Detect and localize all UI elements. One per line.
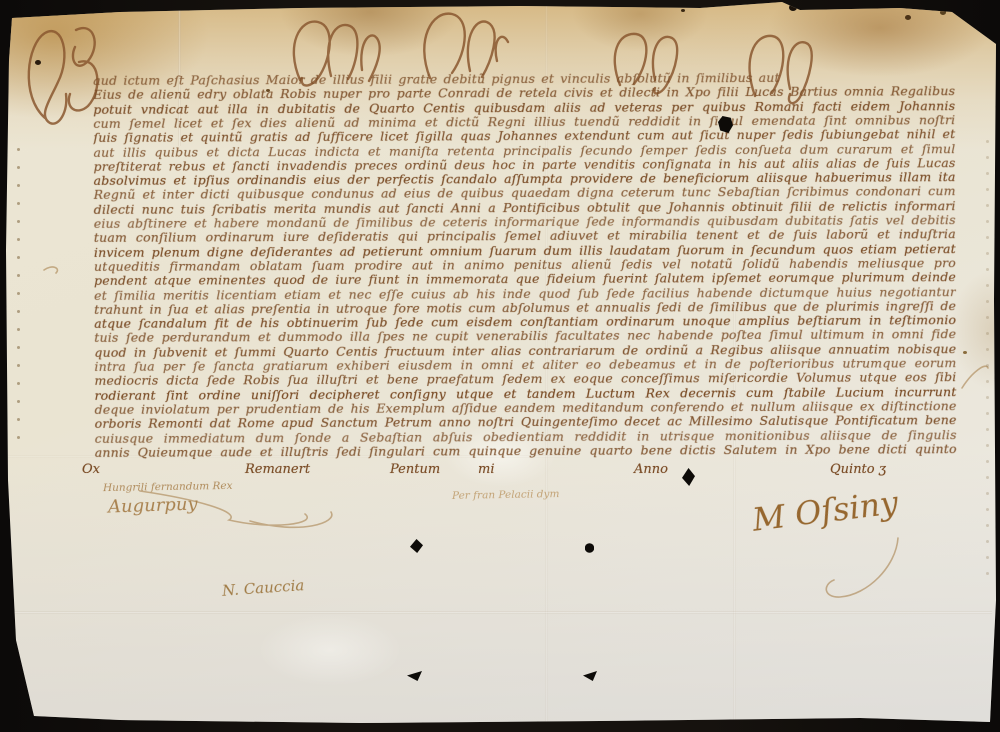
pricking-dot bbox=[986, 572, 989, 575]
pricking-dot bbox=[986, 220, 989, 223]
pricking-dot bbox=[986, 140, 989, 143]
pricking-dot bbox=[17, 274, 20, 277]
chancery-flourish-word: Augurpuy bbox=[108, 493, 198, 517]
pricking-dot bbox=[986, 156, 989, 159]
pricking-dot bbox=[986, 284, 989, 287]
flourish-initial-3-icon bbox=[424, 14, 508, 78]
dirt-specks bbox=[35, 60, 41, 65]
dating-token: Ox bbox=[82, 462, 100, 477]
pricking-dot bbox=[986, 316, 989, 319]
pricking-dot bbox=[17, 184, 20, 187]
margin-pen-stroke bbox=[962, 366, 988, 388]
hole-triangle bbox=[583, 671, 597, 681]
signature-large-swash bbox=[826, 538, 898, 597]
pricking-dot bbox=[986, 476, 989, 479]
pricking-dot bbox=[17, 202, 20, 205]
pricking-dot bbox=[986, 428, 989, 431]
dating-token: Remanert bbox=[245, 462, 310, 477]
pricking-dot bbox=[986, 236, 989, 239]
pricking-dot bbox=[986, 444, 989, 447]
pricking-dot bbox=[17, 436, 20, 439]
pricking-dot bbox=[17, 166, 20, 169]
dating-token: mi bbox=[478, 462, 495, 477]
pricking-dot bbox=[17, 220, 20, 223]
scan-backdrop: aud ictum eſt Paſchasius Maior de illius… bbox=[0, 0, 1000, 732]
fold-crease-horizontal-lower bbox=[8, 611, 992, 614]
dating-token: Pentum bbox=[390, 462, 440, 477]
pricking-dot bbox=[17, 400, 20, 403]
pricking-dot bbox=[17, 346, 20, 349]
pricking-dot bbox=[17, 310, 20, 313]
pricking-dot bbox=[986, 556, 989, 559]
pricking-dot bbox=[986, 412, 989, 415]
hole-diamond bbox=[410, 539, 423, 553]
parchment-document: aud ictum eſt Paſchasius Maior de illius… bbox=[0, 0, 1000, 732]
pricking-dot bbox=[17, 238, 20, 241]
pricking-dot bbox=[986, 332, 989, 335]
pricking-dot bbox=[17, 148, 20, 151]
pricking-dot bbox=[17, 292, 20, 295]
pricking-dot bbox=[986, 396, 989, 399]
pricking-dot bbox=[986, 300, 989, 303]
chancery-note: Hungrili fernandum Rex bbox=[103, 480, 233, 494]
pricking-dot bbox=[986, 268, 989, 271]
pricking-dot bbox=[986, 172, 989, 175]
pricking-dot bbox=[986, 204, 989, 207]
pricking-dot bbox=[986, 188, 989, 191]
pricking-dot bbox=[17, 418, 20, 421]
pricking-dot bbox=[986, 492, 989, 495]
pricking-dot bbox=[986, 348, 989, 351]
pricking-dot bbox=[17, 364, 20, 367]
pricking-dot bbox=[986, 380, 989, 383]
signature-small: N. Cauccia bbox=[221, 576, 304, 600]
registration-note: Per fran Pelacii dym bbox=[452, 488, 560, 502]
pricking-dot bbox=[17, 256, 20, 259]
pricking-dot bbox=[986, 524, 989, 527]
manuscript-line: annis Quieumque aude et illuſtris ſedi ſ… bbox=[95, 442, 957, 460]
hole-triangle bbox=[407, 671, 422, 681]
dating-token: Anno bbox=[634, 462, 668, 477]
hole-dot bbox=[585, 543, 594, 553]
ink-mark-left-margin bbox=[44, 267, 57, 273]
pricking-dot bbox=[986, 460, 989, 463]
pricking-dot bbox=[17, 328, 20, 331]
manuscript-body: aud ictum eſt Paſchasius Maior de illius… bbox=[93, 70, 957, 474]
pricking-dot bbox=[986, 364, 989, 367]
pricking-dot bbox=[986, 252, 989, 255]
pricking-dot bbox=[17, 382, 20, 385]
monogram-top-left-icon bbox=[29, 31, 67, 123]
signature-large: M Oſsiny bbox=[750, 483, 900, 539]
pricking-dot bbox=[986, 508, 989, 511]
pricking-dot bbox=[986, 540, 989, 543]
dating-token: Quinto ʒ bbox=[830, 462, 886, 477]
